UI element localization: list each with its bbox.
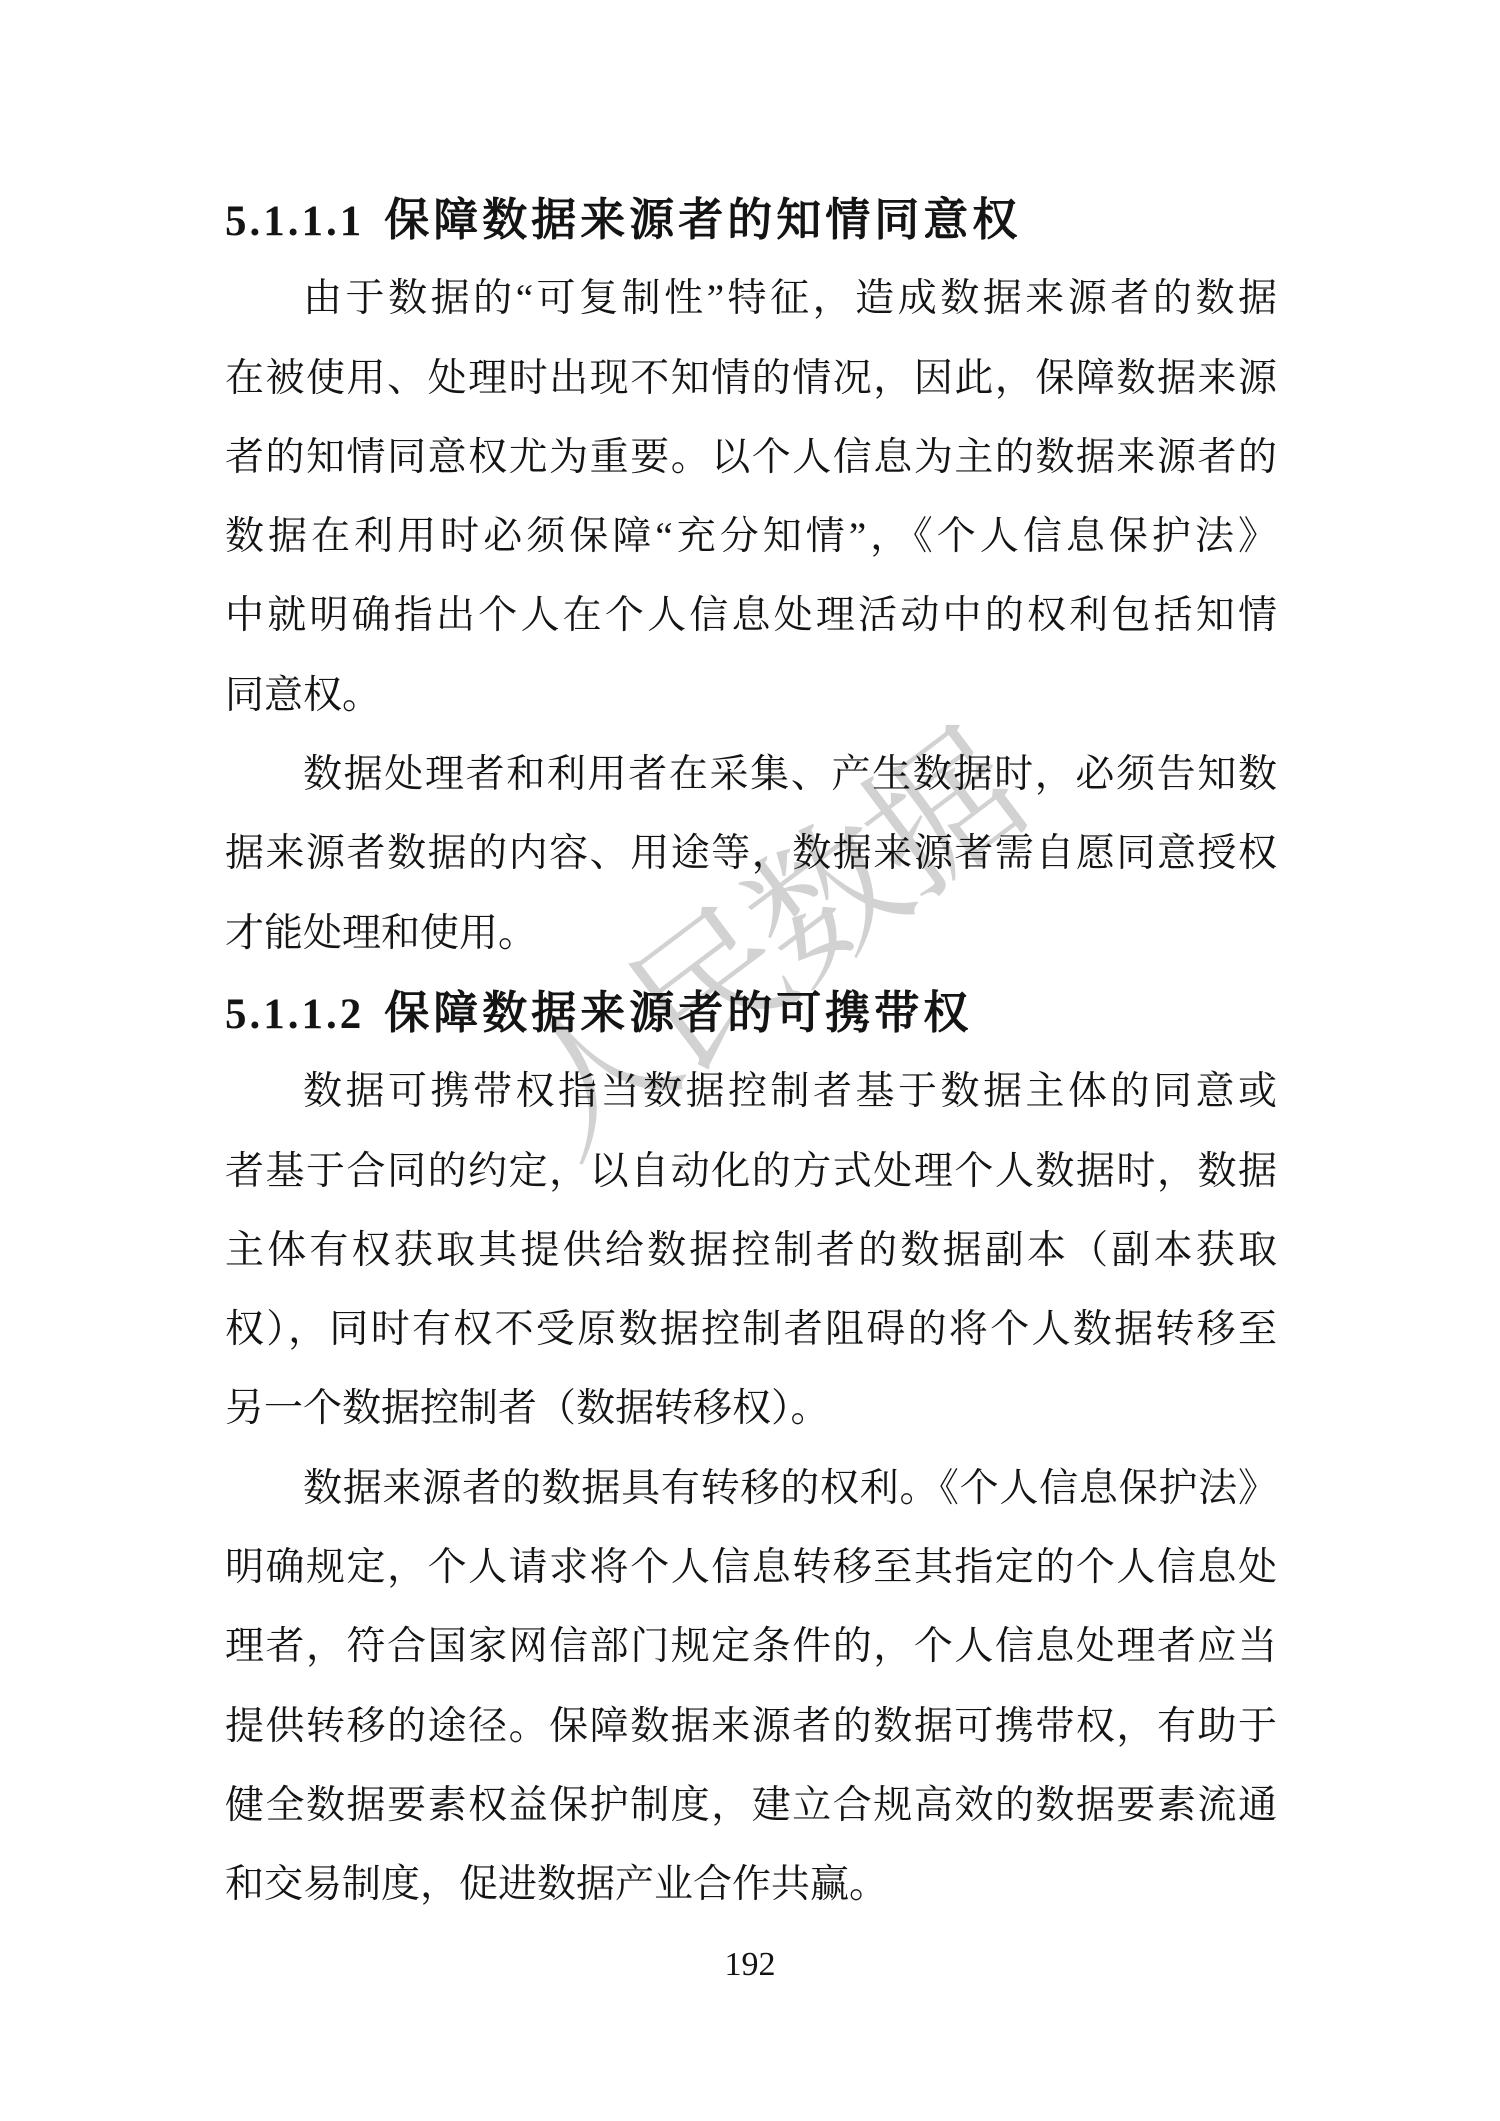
text-line: 才能处理和使用。 [225, 894, 1277, 973]
section-heading-5111: 5.1.1.1保障数据来源者的知情同意权 [225, 180, 1277, 259]
text-line: 者的知情同意权尤为重要。以个人信息为主的数据来源者的 [225, 418, 1277, 497]
text-line: 明确规定，个人请求将个人信息转移至其指定的个人信息处 [225, 1528, 1277, 1607]
text-line: 在被使用、处理时出现不知情的情况，因此，保障数据来源 [225, 339, 1277, 418]
paragraph: 数据来源者的数据具有转移的权利。《个人信息保护法》明确规定，个人请求将个人信息转… [225, 1449, 1277, 1925]
text-line: 权），同时有权不受原数据控制者阻碍的将个人数据转移至 [225, 1290, 1277, 1369]
text-line: 由于数据的“可复制性”特征，造成数据来源者的数据 [225, 259, 1277, 338]
text-line: 数据来源者的数据具有转移的权利。《个人信息保护法》 [225, 1449, 1277, 1528]
text-line: 另一个数据控制者（数据转移权）。 [225, 1369, 1277, 1448]
page-number: 192 [0, 1925, 1500, 2004]
text-line: 者基于合同的约定，以自动化的方式处理个人数据时，数据 [225, 1132, 1277, 1211]
text-line: 数据可携带权指当数据控制者基于数据主体的同意或 [225, 1052, 1277, 1131]
heading-number: 5.1.1.2 [225, 991, 364, 1038]
text-line: 中就明确指出个人在个人信息处理活动中的权利包括知情 [225, 576, 1277, 655]
heading-title: 保障数据来源者的可携带权 [384, 987, 972, 1038]
text-line: 据来源者数据的内容、用途等，数据来源者需自愿同意授权 [225, 814, 1277, 893]
paragraph: 由于数据的“可复制性”特征，造成数据来源者的数据在被使用、处理时出现不知情的情况… [225, 259, 1277, 735]
text-line: 和交易制度，促进数据产业合作共赢。 [225, 1845, 1277, 1924]
text-line: 提供转移的途径。保障数据来源者的数据可携带权，有助于 [225, 1687, 1277, 1766]
page-content: 5.1.1.1保障数据来源者的知情同意权 由于数据的“可复制性”特征，造成数据来… [225, 180, 1277, 1925]
paragraph: 数据处理者和利用者在采集、产生数据时，必须告知数据来源者数据的内容、用途等，数据… [225, 735, 1277, 973]
document-page: 人民数据 5.1.1.1保障数据来源者的知情同意权 由于数据的“可复制性”特征，… [0, 0, 1500, 2121]
section-heading-5112: 5.1.1.2保障数据来源者的可携带权 [225, 973, 1277, 1052]
heading-title: 保障数据来源者的知情同意权 [384, 194, 1021, 245]
heading-number: 5.1.1.1 [225, 198, 364, 245]
text-line: 理者，符合国家网信部门规定条件的，个人信息处理者应当 [225, 1607, 1277, 1686]
text-line: 数据处理者和利用者在采集、产生数据时，必须告知数 [225, 735, 1277, 814]
text-line: 数据在利用时必须保障“充分知情”，《个人信息保护法》 [225, 497, 1277, 576]
text-line: 健全数据要素权益保护制度，建立合规高效的数据要素流通 [225, 1766, 1277, 1845]
text-line: 主体有权获取其提供给数据控制者的数据副本（副本获取 [225, 1211, 1277, 1290]
text-line: 同意权。 [225, 656, 1277, 735]
paragraph: 数据可携带权指当数据控制者基于数据主体的同意或者基于合同的约定，以自动化的方式处… [225, 1052, 1277, 1448]
